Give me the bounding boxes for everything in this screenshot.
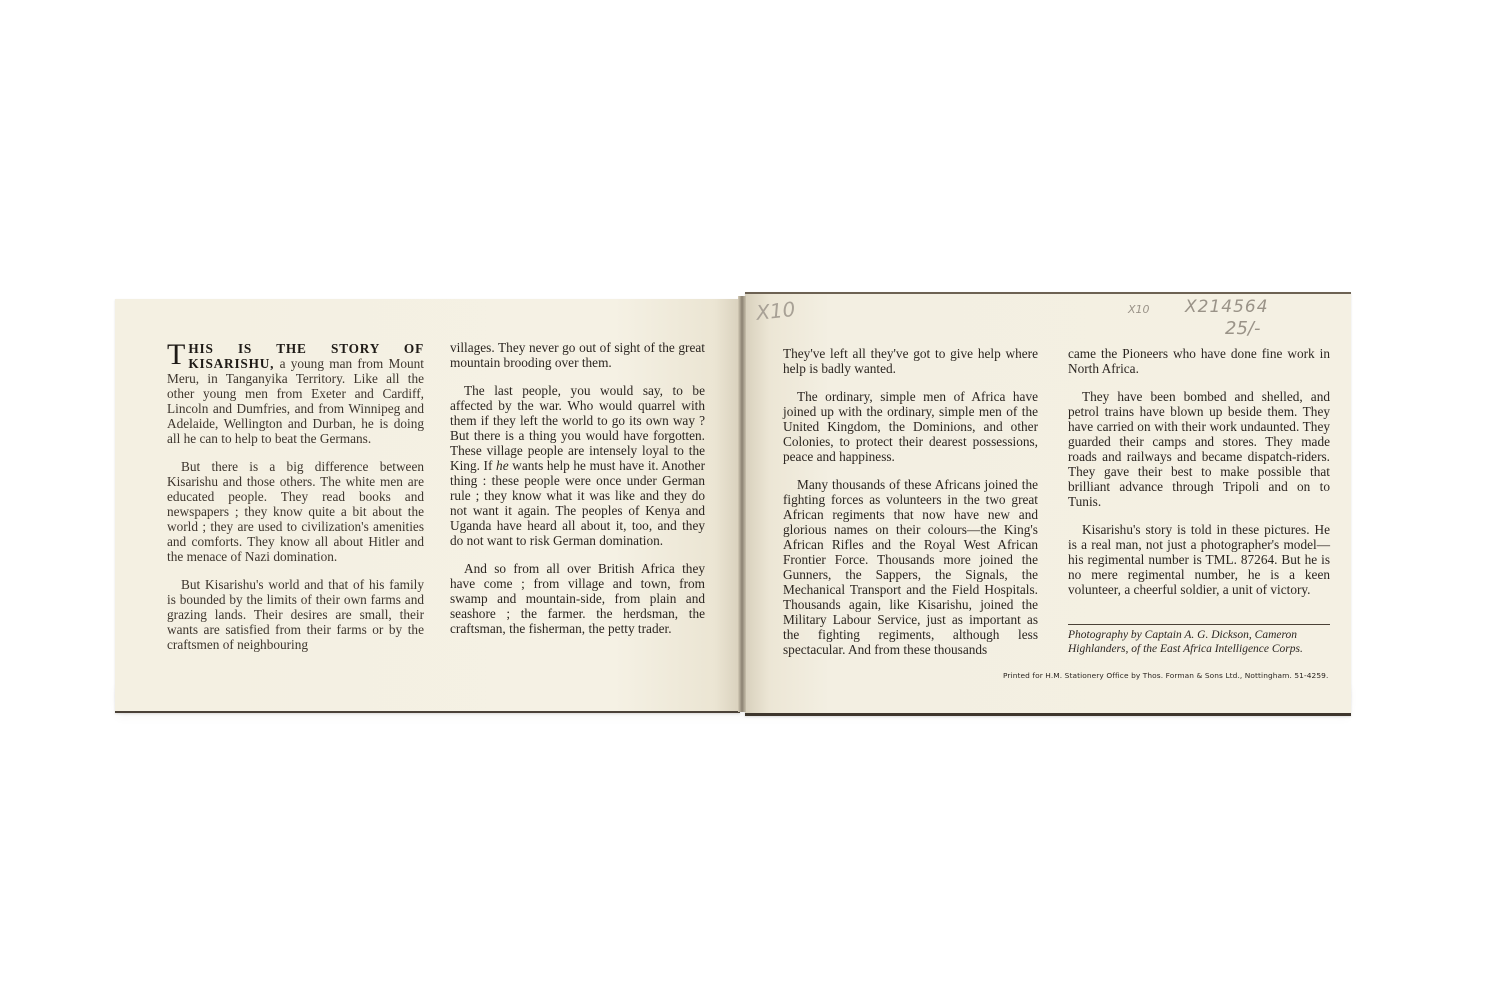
- handwritten-catalogue-number: X214564: [1185, 297, 1269, 317]
- text-column-4: came the Pioneers who have done fine wor…: [1068, 346, 1330, 610]
- paragraph: came the Pioneers who have done fine wor…: [1068, 346, 1330, 376]
- opening-paragraph: THIS IS THE STORY OF KISARISHU, a young …: [167, 341, 424, 446]
- drop-cap: T: [167, 342, 185, 368]
- paragraph: Many thousands of these Africans joined …: [783, 477, 1038, 657]
- photo-credit: Photography by Captain A. G. Dickson, Ca…: [1068, 628, 1338, 656]
- handwritten-note-x10-small: X10: [1128, 303, 1150, 316]
- paragraph: But Kisarishu's world and that of his fa…: [167, 577, 424, 652]
- handwritten-note-x10: X10: [755, 297, 796, 325]
- booklet-spine: [738, 296, 746, 712]
- paragraph: villages. They never go out of sight of …: [450, 340, 705, 370]
- italic-emphasis: he: [496, 458, 509, 473]
- text-column-1: THIS IS THE STORY OF KISARISHU, a young …: [167, 341, 424, 665]
- paragraph: The last people, you would say, to be af…: [450, 383, 705, 548]
- paragraph: The ordinary, simple men of Africa have …: [783, 389, 1038, 464]
- handwritten-price: 25/-: [1225, 318, 1260, 339]
- paragraph: But there is a big difference between Ki…: [167, 459, 424, 564]
- paragraph: They've left all they've got to give hel…: [783, 346, 1038, 376]
- paragraph: Kisarishu's story is told in these pictu…: [1068, 522, 1330, 597]
- paragraph: They have been bombed and shelled, and p…: [1068, 389, 1330, 509]
- paragraph: And so from all over British Africa they…: [450, 561, 705, 636]
- text-column-2: villages. They never go out of sight of …: [450, 340, 705, 649]
- printer-imprint: Printed for H.M. Stationery Office by Th…: [1003, 671, 1348, 680]
- credit-divider: [1068, 624, 1330, 625]
- text-column-3: They've left all they've got to give hel…: [783, 346, 1038, 670]
